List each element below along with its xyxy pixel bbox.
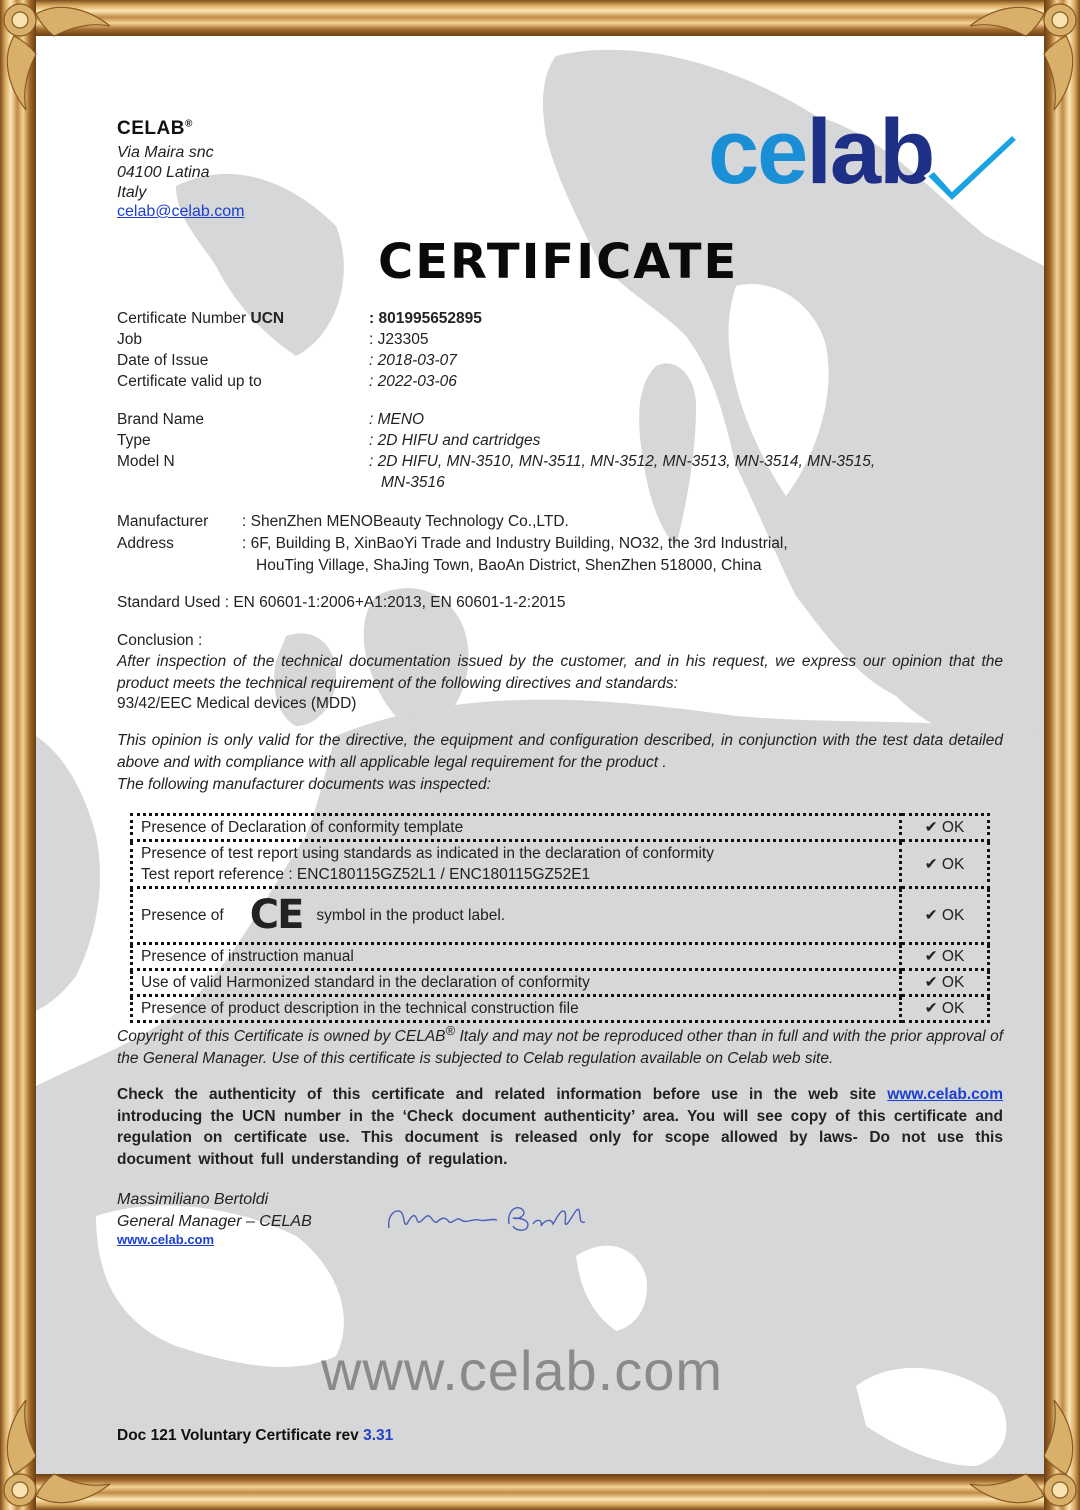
field-label-brand: Brand Name xyxy=(117,411,204,429)
table-row: Presence of product description in the t… xyxy=(132,996,989,1022)
table-cell-result: ✔ OK xyxy=(901,815,989,841)
item-text: Presence of test report using standards … xyxy=(141,843,891,864)
signatory-title: General Manager – CELAB xyxy=(117,1213,312,1231)
field-value-model-cont: MN-3516 xyxy=(381,474,445,492)
ce-mark-icon: CE xyxy=(250,905,303,926)
table-cell-result: ✔ OK xyxy=(901,841,989,888)
field-label-valid-until: Certificate valid up to xyxy=(117,373,262,391)
table-row: Presence of instruction manual ✔ OK xyxy=(132,944,989,970)
frame-corner-ornament xyxy=(960,1390,1080,1510)
inspection-table: Presence of Declaration of conformity te… xyxy=(130,813,990,1023)
field-label-standard: Standard Used : EN 60601-1:2006+A1:2013,… xyxy=(117,594,566,612)
field-value-address-line1: : 6F, Building B, XinBaoYi Trade and Ind… xyxy=(242,535,788,553)
field-label-type: Type xyxy=(117,432,151,450)
checkmark-icon xyxy=(916,128,1026,208)
field-label-model: Model N xyxy=(117,453,175,471)
website-watermark: www.celab.com xyxy=(321,1338,723,1403)
table-cell-item: Presence ofCEsymbol in the product label… xyxy=(132,888,901,944)
table-cell-item: Presence of product description in the t… xyxy=(132,996,901,1022)
frame-left-border xyxy=(0,0,36,1510)
frame-top-border xyxy=(0,0,1080,36)
table-cell-result: ✔ OK xyxy=(901,888,989,944)
table-row: Presence of Declaration of conformity te… xyxy=(132,815,989,841)
field-label-job: Job xyxy=(117,331,142,349)
authenticity-paragraph: Check the authenticity of this certifica… xyxy=(117,1084,1003,1170)
field-value-job: : J23305 xyxy=(369,331,428,349)
table-row: Use of valid Harmonized standard in the … xyxy=(132,970,989,996)
inspected-intro: The following manufacturer documents was… xyxy=(117,774,1003,796)
item-text: symbol in the product label. xyxy=(316,907,505,924)
field-label-ucn: Certificate Number UCN xyxy=(117,310,284,328)
table-cell-result: ✔ OK xyxy=(901,944,989,970)
issuer-address-line: Via Maira snc xyxy=(117,144,214,162)
conclusion-paragraph: After inspection of the technical docume… xyxy=(117,651,1003,694)
signatory-website-link[interactable]: www.celab.com xyxy=(117,1232,214,1247)
field-value-manufacturer: : ShenZhen MENOBeauty Technology Co.,LTD… xyxy=(242,513,569,531)
test-report-reference: Test report reference : ENC180115GZ52L1 … xyxy=(141,864,891,885)
document-footer: Doc 121 Voluntary Certificate rev 3.31 xyxy=(117,1427,393,1445)
table-cell-item: Use of valid Harmonized standard in the … xyxy=(132,970,901,996)
frame-corner-ornament xyxy=(960,0,1080,120)
frame-corner-ornament xyxy=(0,0,120,120)
certificate-title: CERTIFICATE xyxy=(378,234,738,290)
table-cell-result: ✔ OK xyxy=(901,970,989,996)
issuer-name: CELAB® xyxy=(117,118,193,140)
copyright-paragraph: Copyright of this Certificate is owned b… xyxy=(117,1020,1003,1069)
celab-website-link[interactable]: www.celab.com xyxy=(887,1086,1003,1103)
issuer-email-link[interactable]: celab@celab.com xyxy=(117,203,244,221)
issuer-address-line: 04100 Latina xyxy=(117,164,210,182)
field-value-type: : 2D HIFU and cartridges xyxy=(369,432,540,450)
field-value-model: : 2D HIFU, MN-3510, MN-3511, MN-3512, MN… xyxy=(369,453,875,471)
field-label-issue-date: Date of Issue xyxy=(117,352,208,370)
signature-icon xyxy=(381,1198,601,1238)
conclusion-heading: Conclusion : xyxy=(117,630,1003,652)
issuer-address-line: Italy xyxy=(117,184,146,202)
frame-right-border xyxy=(1044,0,1080,1510)
signatory-name: Massimiliano Bertoldi xyxy=(117,1191,268,1209)
table-cell-result: ✔ OK xyxy=(901,996,989,1022)
field-value-valid-until: : 2022-03-06 xyxy=(369,373,457,391)
field-value-issue-date: : 2018-03-07 xyxy=(369,352,457,370)
directive-text: 93/42/EEC Medical devices (MDD) xyxy=(117,693,1003,715)
field-value-ucn: : 801995652895 xyxy=(369,310,482,328)
frame-corner-ornament xyxy=(0,1390,120,1510)
celab-logo: celab xyxy=(708,106,933,198)
field-label-manufacturer: Manufacturer xyxy=(117,513,208,531)
table-cell-item: Presence of Declaration of conformity te… xyxy=(132,815,901,841)
certificate-content: CELAB® Via Maira snc 04100 Latina Italy … xyxy=(36,36,1044,1474)
item-text: Presence of xyxy=(141,907,224,924)
certificate-page: CELAB® Via Maira snc 04100 Latina Italy … xyxy=(36,36,1044,1474)
validity-paragraph: This opinion is only valid for the direc… xyxy=(117,730,1003,773)
table-cell-item: Presence of test report using standards … xyxy=(132,841,901,888)
field-value-brand: : MENO xyxy=(369,411,424,429)
field-label-address: Address xyxy=(117,535,174,553)
table-cell-item: Presence of instruction manual xyxy=(132,944,901,970)
frame-bottom-border xyxy=(0,1474,1080,1510)
table-row: Presence of test report using standards … xyxy=(132,841,989,888)
table-row: Presence ofCEsymbol in the product label… xyxy=(132,888,989,944)
field-value-address-line2: HouTing Village, ShaJing Town, BaoAn Dis… xyxy=(256,557,762,575)
